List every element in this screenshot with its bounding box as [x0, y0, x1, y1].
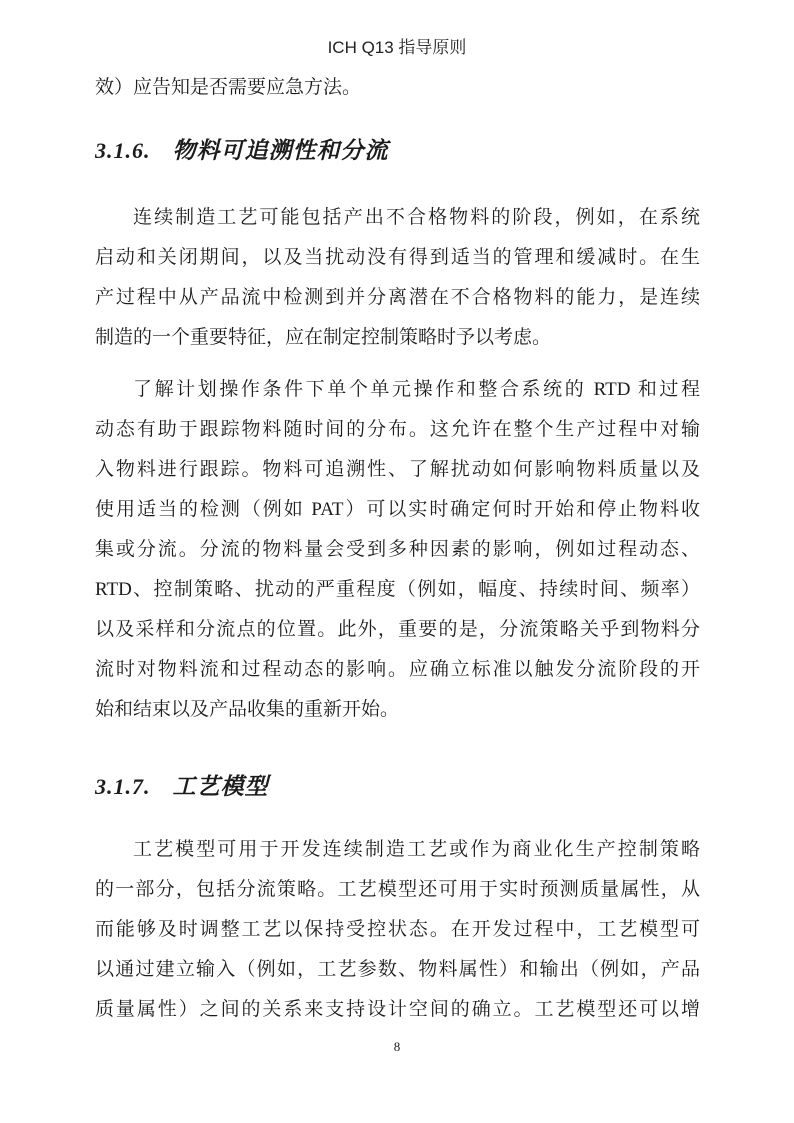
text-line: 连续制造工艺可能包括产出不合格物料的阶段，例如，在系统	[95, 198, 700, 238]
section-title: 工艺模型	[173, 770, 269, 804]
text-line: RTD、控制策略、扰动的严重程度（例如，幅度、持续时间、频率）	[95, 570, 700, 610]
paragraph: 工艺模型可用于开发连续制造工艺或作为商业化生产控制策略的一部分，包括分流策略。工…	[95, 830, 700, 1030]
section-title: 物料可追溯性和分流	[173, 134, 389, 168]
paragraph: 连续制造工艺可能包括产出不合格物料的阶段，例如，在系统启动和关闭期间，以及当扰动…	[95, 198, 700, 358]
text-line: 集或分流。分流的物料量会受到多种因素的影响，例如过程动态、	[95, 530, 700, 570]
text-line: 入物料进行跟踪。物料可追溯性、了解扰动如何影响物料质量以及	[95, 450, 700, 490]
text-line: 始和结束以及产品收集的重新开始。	[95, 690, 700, 730]
text-line: 工艺模型可用于开发连续制造工艺或作为商业化生产控制策略	[95, 830, 700, 870]
section-number: 3.1.7.	[95, 770, 151, 804]
section-number: 3.1.6.	[95, 134, 151, 168]
text-line: 制造的一个重要特征，应在制定控制策略时予以考虑。	[95, 318, 700, 358]
text-line: 以及采样和分流点的位置。此外，重要的是，分流策略关乎到物料分	[95, 610, 700, 650]
text-line: 使用适当的检测（例如 PAT）可以实时确定何时开始和停止物料收	[95, 490, 700, 530]
running-header: ICH Q13 指导原则	[0, 36, 794, 60]
text-line: 流时对物料流和过程动态的影响。应确立标准以触发分流阶段的开	[95, 650, 700, 690]
document-page: ICH Q13 指导原则 效）应告知是否需要应急方法。 3.1.6.物料可追溯性…	[0, 0, 794, 1123]
text-line: 产过程中从产品流中检测到并分离潜在不合格物料的能力，是连续	[95, 278, 700, 318]
text-line: 以通过建立输入（例如，工艺参数、物料属性）和输出（例如，产品	[95, 950, 700, 990]
page-content: 效）应告知是否需要应急方法。 3.1.6.物料可追溯性和分流 连续制造工艺可能包…	[95, 68, 700, 1030]
carryover-text-line: 效）应告知是否需要应急方法。	[95, 68, 700, 108]
text-line: 的一部分，包括分流策略。工艺模型还可用于实时预测质量属性，从	[95, 870, 700, 910]
section-heading-3-1-6: 3.1.6.物料可追溯性和分流	[95, 134, 700, 168]
text-line: 了解计划操作条件下单个单元操作和整合系统的 RTD 和过程	[95, 370, 700, 410]
text-line: 启动和关闭期间，以及当扰动没有得到适当的管理和缓减时。在生	[95, 238, 700, 278]
paragraph: 了解计划操作条件下单个单元操作和整合系统的 RTD 和过程动态有助于跟踪物料随时…	[95, 370, 700, 730]
text-line: 质量属性）之间的关系来支持设计空间的确立。工艺模型还可以增	[95, 990, 700, 1030]
page-number: 8	[0, 1032, 794, 1062]
section-heading-3-1-7: 3.1.7.工艺模型	[95, 770, 700, 804]
text-line: 动态有助于跟踪物料随时间的分布。这允许在整个生产过程中对输	[95, 410, 700, 450]
text-line: 而能够及时调整工艺以保持受控状态。在开发过程中，工艺模型可	[95, 910, 700, 950]
